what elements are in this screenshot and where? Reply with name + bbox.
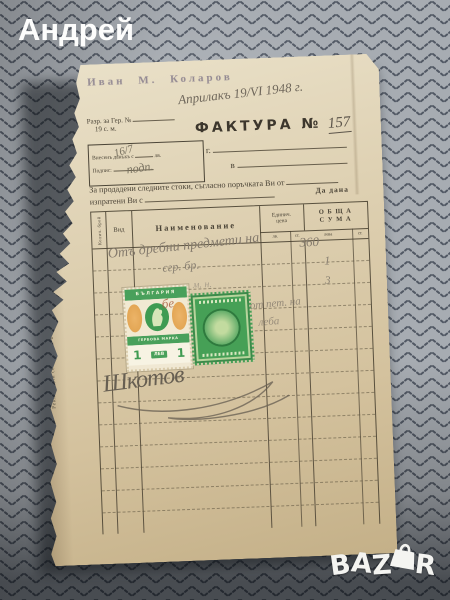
permit-line-2: 19 с. м. <box>95 125 117 134</box>
merchant-name-stamp: Иван М. Коларов <box>87 71 233 89</box>
blank-line <box>237 155 347 168</box>
column-header-type: Вид <box>105 211 133 248</box>
blank-line <box>135 148 153 158</box>
tax-box-line-2-text: Подпис: <box>92 168 111 175</box>
city-prefix: г. <box>206 145 211 155</box>
stamp-ornament <box>126 304 143 333</box>
stamp-value-right: 1 <box>176 346 185 360</box>
invoice-number: 157 <box>328 114 352 134</box>
pencil-note: леба <box>258 315 280 328</box>
column-header-type-label: Вид <box>113 226 124 233</box>
logo-letter-a: A <box>350 549 373 578</box>
logo-letter-r: R <box>414 551 438 580</box>
bazar-logo: B A Z R <box>330 544 436 579</box>
logo-letter-b: B <box>328 551 352 581</box>
city-line: г. <box>206 139 348 155</box>
table-row-line <box>101 458 377 470</box>
tax-box-line-1-suffix: лв. <box>154 153 161 159</box>
column-header-total: О Б Щ А С У М А <box>303 202 368 230</box>
permit-line-2-text: 19 с. м. <box>95 125 117 134</box>
signature-block: Шкотов <box>102 354 315 432</box>
stamp-emblem-area <box>125 297 189 336</box>
table-row-total: 3 <box>325 274 331 286</box>
blank-line <box>286 174 338 185</box>
invoice-title: ФАКТУРА № <box>195 116 322 137</box>
table-row-line <box>103 502 379 514</box>
seller-watermark: Андрей <box>18 12 134 48</box>
column-header-name-label: Наименование <box>155 220 236 233</box>
table-row-total: 360 <box>299 234 319 251</box>
column-header-quantity-label: Колич. брой <box>96 216 102 245</box>
intro-right-label: Да дана <box>315 185 349 195</box>
table-row-total: 1 <box>324 253 331 268</box>
table-row-line <box>100 436 376 448</box>
subheader-st2: ст. <box>352 228 368 239</box>
invoice-paper: Иван М. Коларов Априлакъ 19/VI 1948 г. Р… <box>27 53 398 566</box>
red-pencil-note: бе <box>161 295 175 312</box>
revenue-stamp-green <box>188 290 255 366</box>
place-line: в <box>230 155 347 170</box>
intro-line-2-text: изпратени Ви с <box>90 196 143 207</box>
blank-line <box>213 139 347 153</box>
blank-line <box>133 111 175 122</box>
stamp-text-band <box>199 298 241 304</box>
invoice-title-row: ФАКТУРА № 157 <box>195 112 352 139</box>
table-row: м. н. <box>193 279 212 291</box>
stamp-value-word: ЛЕВ <box>151 350 168 358</box>
product-photo: Иван М. Коларов Априлакъ 19/VI 1948 г. Р… <box>0 0 450 600</box>
table-row-line <box>102 480 378 492</box>
permit-line-1: Разр. за Гер. № <box>86 111 175 125</box>
place-prefix: в <box>230 160 235 170</box>
stamp-circular-emblem <box>204 310 240 346</box>
unit-price-label-line2: цена <box>276 218 287 225</box>
total-label-line2: С У М А <box>319 216 351 225</box>
